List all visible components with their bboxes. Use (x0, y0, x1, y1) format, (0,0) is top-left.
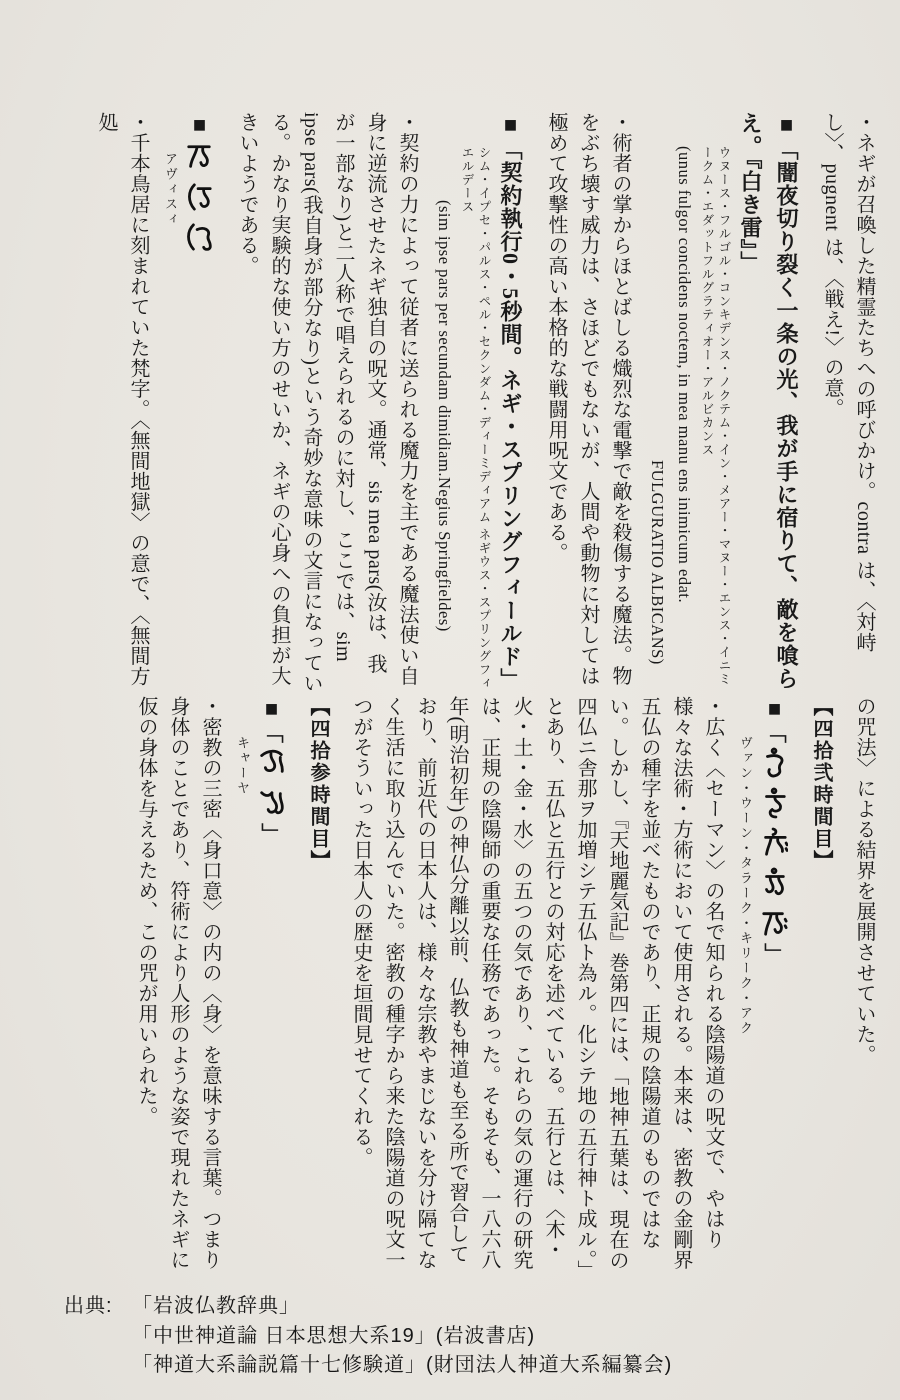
bracket-close: 」 (762, 943, 787, 965)
bracket-open: 「 (259, 721, 284, 743)
siddham-seed-glyph-ah (760, 906, 788, 940)
note-contra-pugnent: ・ネギが召喚した精霊たちへの呼びかけ。contra は、〈対峙し〉、pugnen… (816, 112, 880, 694)
sources-label: 出典: (64, 1292, 132, 1322)
spell-latin-incantation: (unus fulgor concidens noctem, in mea ma… (671, 112, 698, 694)
entry-square-marker: ■ (762, 696, 787, 721)
sources-section: 出典:「岩波仏教辞典」 「中世神道論 日本思想大系19」(岩波書店) 「神道大系… (64, 1292, 672, 1381)
entry-square-marker: ■ (498, 112, 523, 138)
avici-description-continuation: の咒法〉による結界を展開させていた。 (848, 696, 880, 1280)
siddham-seed-glyph-vam (760, 746, 788, 780)
entry-square-marker: ■ (187, 112, 212, 137)
bracket-open: 「 (762, 721, 787, 743)
siddham-seed-glyph-hum (760, 786, 788, 820)
source-item: 「神道大系論説篇十七修験道」(財団法人神道大系編纂会) (132, 1354, 672, 1376)
spell-header-keiyaku-shikkou: ■「契約執行0・5秒間。ネギ・スプリングフィールド」 (492, 112, 528, 694)
siddham-kaya-glyph-1 (257, 746, 285, 780)
bracket-close: 」 (259, 823, 284, 845)
spell-latin-name: FULGURATIO ALBICANS) (644, 112, 671, 694)
siddham-avici-glyph-1 (185, 140, 213, 174)
source-item: 「中世神道論 日本思想大系19」(岩波書店) (132, 1325, 535, 1347)
siddham-description: ・密教の三密〈身口意〉の内の〈身〉を意味する言葉。つまり身体のことであり、符術に… (130, 696, 226, 1280)
siddham-kaya-glyph-2 (257, 786, 285, 820)
spell-reading-katakana: ウヌース・フルゴル・コンキデンス・ノクテム・イン・メアー・マヌー・エンス・イニミ… (698, 112, 732, 694)
spell-description: ・契約の力によって従者に送られる魔力を主である魔法使い自身に逆流させたネギ独自の… (231, 112, 423, 694)
siddham-description: ・広く〈セーマン〉の名で知られる陰陽道の呪文で、やはり様々な法術・方術において使… (345, 696, 729, 1280)
spell-title: 「闇夜切り裂く一条の光、我が手に宿りて、敵を喰らえ。『白き雷』」 (738, 112, 799, 690)
source-row: 「中世神道論 日本思想大系19」(岩波書店) (64, 1322, 672, 1352)
book-page: { "symbols": { "entry_marker": "■", "bra… (0, 0, 900, 1400)
lower-text-block: の咒法〉による結界を展開させていた。 【四拾弐時間目】 ■「」 ヴァン・ウーン・… (24, 696, 880, 1280)
siddham-avici-glyph-3 (185, 220, 213, 254)
source-row: 出典:「岩波仏教辞典」 (64, 1292, 672, 1322)
spell-reading-katakana: シム・イプセ・パルス・ペル・セクンダム・ディーミディアム ネギウス・スプリングフ… (458, 112, 492, 694)
chapter-marker-42: 【四拾弐時間目】 (806, 696, 836, 1280)
entry-square-marker: ■ (259, 696, 284, 721)
spell-header-shiroki-ikazuchi: ■「闇夜切り裂く一条の光、我が手に宿りて、敵を喰らえ。『白き雷』」 (732, 112, 804, 694)
upper-text-block: ・ネギが召喚した精霊たちへの呼びかけ。contra は、〈対峙し〉、pugnen… (24, 112, 880, 694)
spell-title: 「契約執行0・5秒間。ネギ・スプリングフィールド」 (498, 138, 523, 691)
siddham-reading-avici: アヴィスィ (162, 112, 179, 694)
entry-square-marker: ■ (774, 112, 799, 138)
siddham-seed-glyph-hrih (760, 866, 788, 900)
source-row: 「神道大系論説篇十七修験道」(財団法人神道大系編纂会) (64, 1351, 672, 1381)
siddham-reading-kaya: キャーヤ (234, 696, 251, 1280)
spell-latin-incantation: (sim ipse pars per secundam dimidiam.Neg… (431, 112, 458, 694)
siddham-description: ・千本鳥居に刻まれていた梵字。〈無間地獄〉の意で、〈無間方処 (90, 112, 154, 694)
siddham-header-avici: ■ (179, 112, 219, 694)
siddham-header-kaya: ■「」 (251, 696, 291, 1280)
siddham-reading-five-seeds: ヴァン・ウーン・タラーク・キリーク・アク (737, 696, 754, 1280)
source-item: 「岩波仏教辞典」 (132, 1295, 300, 1317)
siddham-avici-glyph-2 (185, 180, 213, 214)
spell-description: ・術者の掌からほとばしる熾烈な電撃で敵を殺傷する魔法。物をぶち壊す威力は、さほど… (540, 112, 636, 694)
chapter-marker-43: 【四拾参時間目】 (303, 696, 333, 1280)
siddham-seed-glyph-trah (760, 826, 788, 860)
siddham-header-five-seeds: ■「」 (754, 696, 794, 1280)
